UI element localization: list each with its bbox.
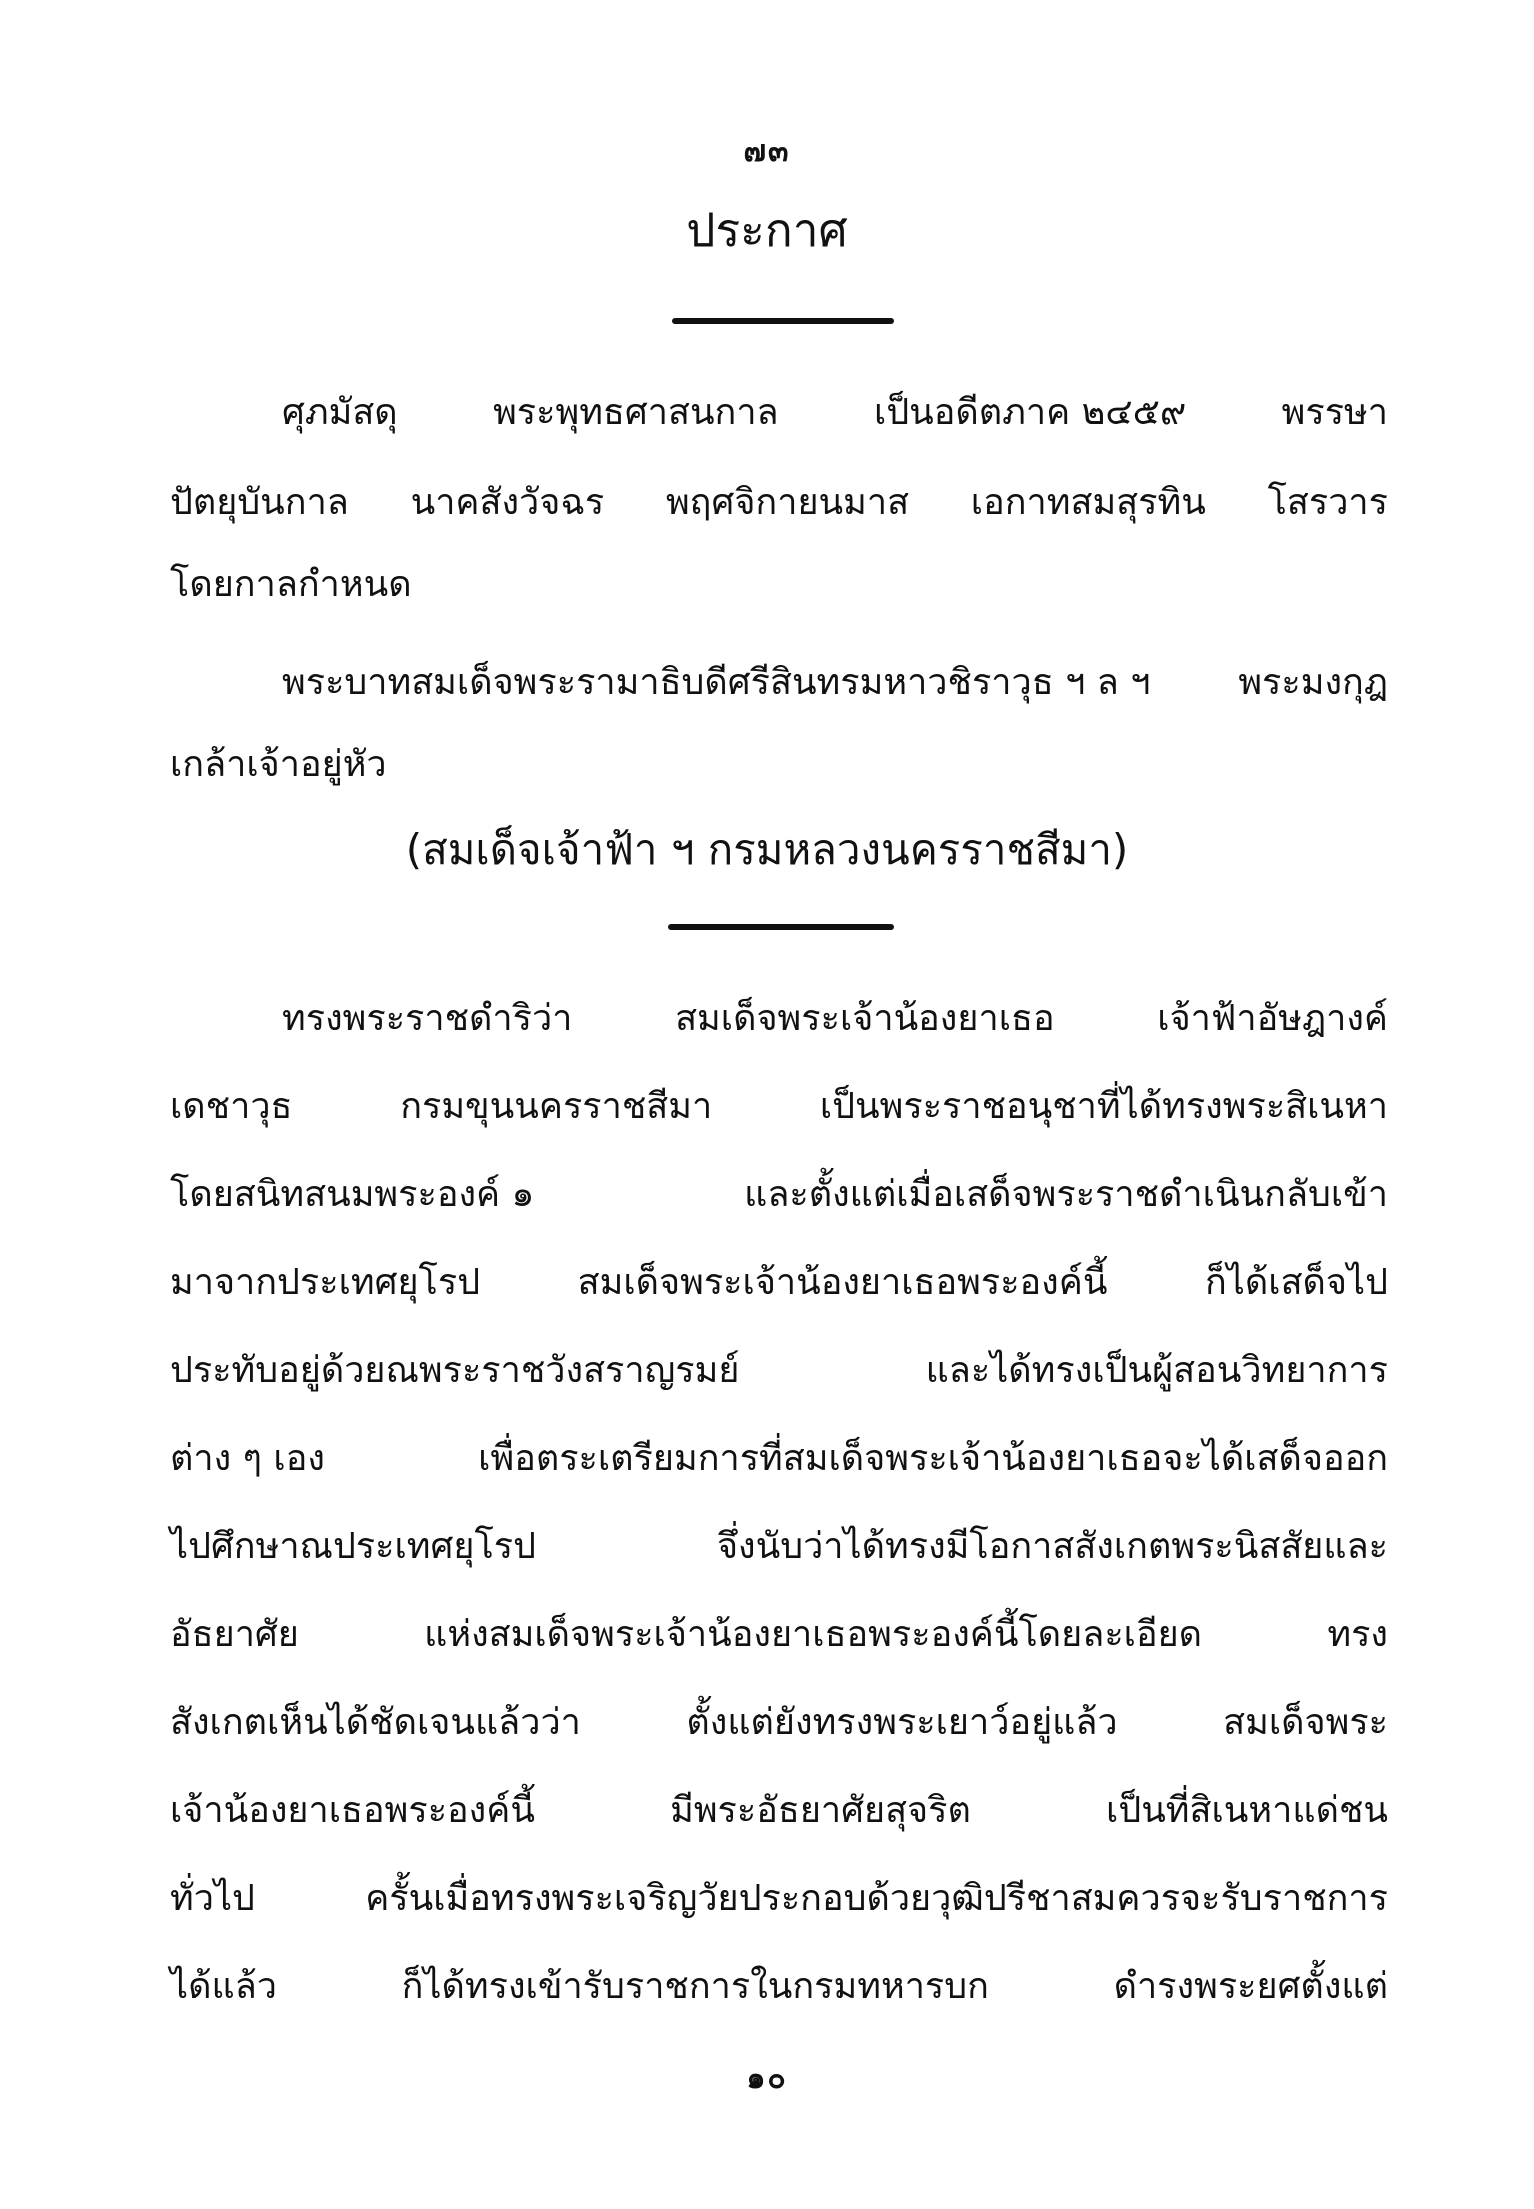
preamble-line-1: ศุภมัสดุ พระพุทธศาสนกาล เป็นอดีตภาค ๒๔๕๙… xyxy=(282,388,1388,438)
text-segment: โสรวาร xyxy=(1268,478,1388,528)
subtitle-divider xyxy=(668,924,894,930)
text-segment: แห่งสมเด็จพระเจ้าน้องยาเธอพระองค์นี้โดยล… xyxy=(424,1610,1202,1660)
document-page: ๗๓ ประกาศ ศุภมัสดุ พระพุทธศาสนกาล เป็นอด… xyxy=(0,0,1534,2209)
text-segment: ได้แล้ว xyxy=(170,1962,277,2012)
text-segment: พรรษา xyxy=(1282,388,1388,438)
text-segment: พระบาทสมเด็จพระรามาธิบดีศรีสินทรมหาวชิรา… xyxy=(282,658,1151,708)
text-segment: ก็ได้เสด็จไป xyxy=(1205,1258,1388,1308)
body-line-9: สังเกตเห็นได้ชัดเจนแล้วว่า ตั้งแต่ยังทรง… xyxy=(170,1698,1388,1748)
text-segment: และตั้งแต่เมื่อเสด็จพระราชดำเนินกลับเข้า xyxy=(744,1170,1388,1220)
text-segment: ศุภมัสดุ xyxy=(282,388,398,438)
text-segment: กรมขุนนครราชสีมา xyxy=(400,1082,712,1132)
page-number-top: ๗๓ xyxy=(0,128,1534,175)
text-segment: พฤศจิกายนมาส xyxy=(666,478,909,528)
text-segment: ทรง xyxy=(1327,1610,1388,1660)
body-line-11: ทั่วไป ครั้นเมื่อทรงพระเจริญวัยประกอบด้ว… xyxy=(170,1874,1388,1924)
body-line-1: ทรงพระราชดำริว่า สมเด็จพระเจ้าน้องยาเธอ … xyxy=(282,994,1388,1044)
text-segment: โดยกาลกำหนด xyxy=(170,564,412,605)
text-segment: สังเกตเห็นได้ชัดเจนแล้วว่า xyxy=(170,1698,581,1748)
body-line-4: มาจากประเทศยุโรป สมเด็จพระเจ้าน้องยาเธอพ… xyxy=(170,1258,1388,1308)
text-segment: เดชาวุธ xyxy=(170,1082,293,1132)
text-segment: ปัตยุบันกาล xyxy=(170,478,349,528)
text-segment: จึ่งนับว่าได้ทรงมีโอกาสสังเกตพระนิสสัยแล… xyxy=(717,1522,1388,1572)
king-line-1: พระบาทสมเด็จพระรามาธิบดีศรีสินทรมหาวชิรา… xyxy=(282,658,1388,708)
text-segment: เกล้าเจ้าอยู่หัว xyxy=(170,744,387,785)
text-segment: เอกาทสมสุรทิน xyxy=(971,478,1206,528)
body-line-3: โดยสนิทสนมพระองค์ ๑ และตั้งแต่เมื่อเสด็จ… xyxy=(170,1170,1388,1220)
text-segment: เพื่อตระเตรียมการที่สมเด็จพระเจ้าน้องยาเ… xyxy=(478,1434,1388,1484)
text-segment: เป็นที่สิเนหาแด่ชน xyxy=(1106,1786,1388,1836)
text-segment: เจ้าฟ้าอัษฎางค์ xyxy=(1157,994,1388,1044)
body-line-6: ต่าง ๆ เอง เพื่อตระเตรียมการที่สมเด็จพระ… xyxy=(170,1434,1388,1484)
body-line-10: เจ้าน้องยาเธอพระองค์นี้ มีพระอัธยาศัยสุจ… xyxy=(170,1786,1388,1836)
king-line-2: เกล้าเจ้าอยู่หัว xyxy=(170,740,1388,790)
text-segment: เป็นพระราชอนุชาที่ได้ทรงพระสิเนหา xyxy=(820,1082,1388,1132)
text-segment: นาคสังวัจฉร xyxy=(411,478,605,528)
text-segment: สมเด็จพระเจ้าน้องยาเธอพระองค์นี้ xyxy=(578,1258,1108,1308)
text-segment: เป็นอดีตภาค ๒๔๕๙ xyxy=(874,388,1186,438)
text-segment: ไปศึกษาณประเทศยุโรป xyxy=(170,1522,536,1572)
text-segment: อัธยาศัย xyxy=(170,1610,299,1660)
text-segment: ทั่วไป xyxy=(170,1874,255,1924)
text-segment: ดำรงพระยศตั้งแต่ xyxy=(1114,1962,1388,2012)
body-line-5: ประทับอยู่ด้วยณพระราชวังสราญรมย์ และได้ท… xyxy=(170,1346,1388,1396)
text-segment: พระมงกุฎ xyxy=(1238,658,1388,708)
text-segment: สมเด็จพระเจ้าน้องยาเธอ xyxy=(675,994,1055,1044)
text-segment: โดยสนิทสนมพระองค์ ๑ xyxy=(170,1170,534,1220)
text-segment: ประทับอยู่ด้วยณพระราชวังสราญรมย์ xyxy=(170,1346,739,1396)
text-segment: มีพระอัธยาศัยสุจริต xyxy=(670,1786,971,1836)
text-segment: พระพุทธศาสนกาล xyxy=(493,388,779,438)
subtitle: (สมเด็จเจ้าฟ้า ฯ กรมหลวงนครราชสีมา) xyxy=(0,822,1534,878)
text-segment: ต่าง ๆ เอง xyxy=(170,1434,325,1484)
text-segment: เจ้าน้องยาเธอพระองค์นี้ xyxy=(170,1786,535,1836)
body-line-8: อัธยาศัย แห่งสมเด็จพระเจ้าน้องยาเธอพระอง… xyxy=(170,1610,1388,1660)
page-title: ประกาศ xyxy=(0,200,1534,260)
text-segment: มาจากประเทศยุโรป xyxy=(170,1258,480,1308)
text-segment: ตั้งแต่ยังทรงพระเยาว์อยู่แล้ว xyxy=(686,1698,1117,1748)
text-segment: ทรงพระราชดำริว่า xyxy=(282,994,572,1044)
preamble-line-2: ปัตยุบันกาล นาคสังวัจฉร พฤศจิกายนมาส เอก… xyxy=(170,478,1388,528)
body-line-12: ได้แล้ว ก็ได้ทรงเข้ารับราชการในกรมทหารบก… xyxy=(170,1962,1388,2012)
title-divider xyxy=(672,318,894,324)
text-segment: และได้ทรงเป็นผู้สอนวิทยาการ xyxy=(926,1346,1388,1396)
preamble-line-3: โดยกาลกำหนด xyxy=(170,560,1388,610)
text-segment: สมเด็จพระ xyxy=(1223,1698,1388,1748)
text-segment: ก็ได้ทรงเข้ารับราชการในกรมทหารบก xyxy=(402,1962,989,2012)
text-segment: ครั้นเมื่อทรงพระเจริญวัยประกอบด้วยวุฒิปร… xyxy=(365,1874,1388,1924)
body-line-7: ไปศึกษาณประเทศยุโรป จึ่งนับว่าได้ทรงมีโอ… xyxy=(170,1522,1388,1572)
page-number-bottom: ๑๐ xyxy=(0,2055,1534,2102)
body-line-2: เดชาวุธ กรมขุนนครราชสีมา เป็นพระราชอนุชา… xyxy=(170,1082,1388,1132)
